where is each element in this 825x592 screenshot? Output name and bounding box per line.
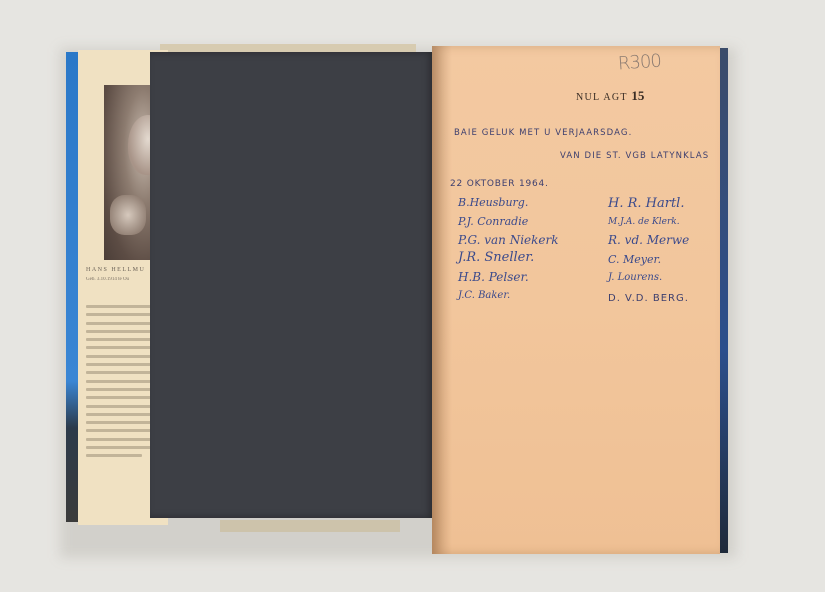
signature: J. Lourens. bbox=[608, 272, 662, 283]
signature: B.Heusburg. bbox=[458, 196, 528, 209]
inscription-date: 22 Oktober 1964. bbox=[450, 179, 549, 189]
signature: P.G. van Niekerk bbox=[458, 233, 559, 247]
signature: H. R. Hartl. bbox=[608, 196, 684, 211]
jacket-bottom-strip bbox=[220, 520, 400, 532]
signature: J.C. Baker. bbox=[458, 290, 510, 301]
inscribed-title-page: R300 NUL AGT 15 Baie geluk met u verjaar… bbox=[432, 46, 720, 554]
blurb-text-line bbox=[86, 454, 142, 457]
signature: D. v.d. Berg. bbox=[608, 293, 689, 304]
signature: H.B. Pelser. bbox=[458, 270, 529, 284]
inscription-greeting: Baie geluk met u verjaarsdag. bbox=[454, 128, 632, 138]
signature: P.J. Conradie bbox=[458, 215, 528, 228]
header-label: NUL AGT bbox=[576, 92, 628, 103]
signature: J.R. Sneller. bbox=[458, 250, 534, 265]
gutter-shadow bbox=[432, 46, 452, 554]
signature: M.J.A. de Klerk. bbox=[608, 217, 680, 227]
black-endpaper bbox=[150, 52, 434, 518]
signature: C. Meyer. bbox=[608, 253, 661, 266]
header-number: 15 bbox=[631, 88, 644, 103]
inscription-from: Van die St. VGB Latynklas bbox=[560, 151, 709, 161]
signature: R. vd. Merwe bbox=[608, 233, 689, 247]
portrait-hand bbox=[110, 195, 146, 235]
page-header: NUL AGT 15 bbox=[576, 88, 644, 104]
price-note: R300 bbox=[617, 51, 661, 75]
